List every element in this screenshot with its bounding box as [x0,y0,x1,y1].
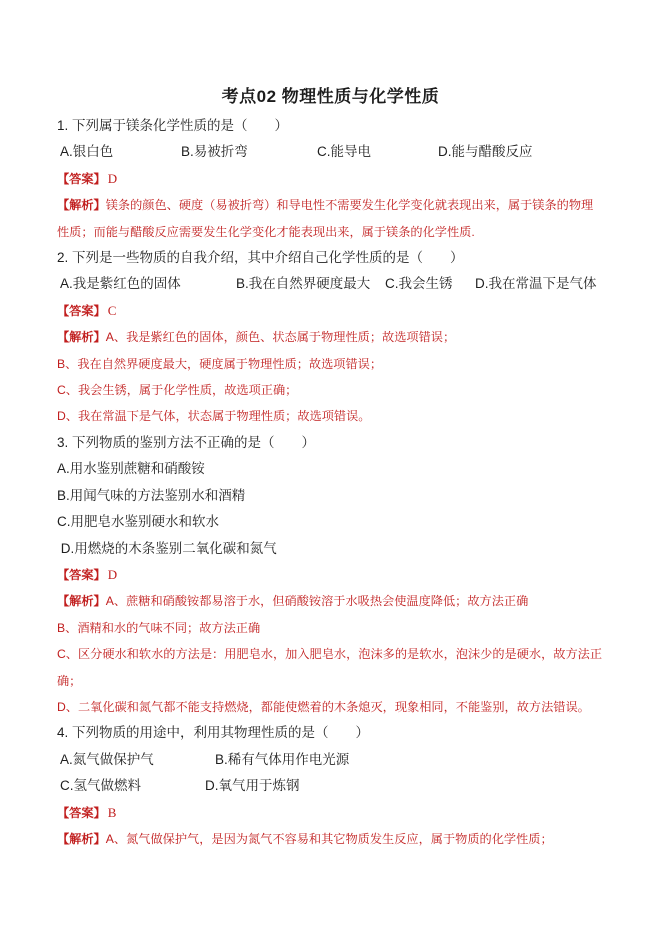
question-4-options-row-2: C.氢气做燃料 D.氧气用于炼钢 [57,773,604,799]
analysis-text: A、蔗糖和硝酸铵都易溶于水，但硝酸铵溶于水吸热会使温度降低；故方法正确 [106,594,529,608]
answer-letter: D [108,171,117,186]
answer-label: 【答案】 [57,806,106,820]
question-4-option-c: C.氢气做燃料 [60,773,205,799]
question-3-option-a: A.用水鉴别蔗糖和硝酸铵 [57,456,604,482]
question-2: 2. 下列是一些物质的自我介绍，其中介绍自己化学性质的是（ ） A.我是紫红色的… [57,245,604,430]
question-3-analysis-a: 【解析】A、蔗糖和硝酸铵都易溶于水，但硝酸铵溶于水吸热会使温度降低；故方法正确 [57,588,604,614]
question-2-analysis-a: 【解析】A、我是紫红色的固体，颜色、状态属于物理性质；故选项错误； [57,324,604,350]
question-3-analysis-b: B、酒精和水的气味不同；故方法正确 [57,615,604,641]
question-4: 4. 下列物质的用途中，利用其物理性质的是（ ） A.氮气做保护气 B.稀有气体… [57,720,604,852]
analysis-label: 【解析】 [57,832,106,846]
analysis-text: A、我是紫红色的固体，颜色、状态属于物理性质；故选项错误； [106,330,455,344]
question-4-stem: 4. 下列物质的用途中，利用其物理性质的是（ ） [57,720,604,746]
question-2-option-a: A.我是紫红色的固体 [60,271,236,297]
question-3: 3. 下列物质的鉴别方法不正确的是（ ） A.用水鉴别蔗糖和硝酸铵 B.用闻气味… [57,430,604,720]
question-4-option-a: A.氮气做保护气 [60,747,215,773]
answer-label: 【答案】 [57,568,106,582]
question-2-analysis-b: B、我在自然界硬度最大，硬度属于物理性质；故选项错误； [57,351,604,377]
question-4-options-row-1: A.氮气做保护气 B.稀有气体用作电光源 [57,747,604,773]
answer-letter: D [108,567,117,582]
answer-label: 【答案】 [57,172,106,186]
question-2-option-b: B.我在自然界硬度最大 [236,271,385,297]
question-4-answer: 【答案】B [57,800,604,826]
question-4-option-b: B.稀有气体用作电光源 [215,747,349,773]
question-4-option-d: D.氧气用于炼钢 [205,773,300,799]
analysis-text: 镁条的颜色、硬度（易被折弯）和导电性不需要发生化学变化就表现出来，属于镁条的物理… [57,198,593,238]
answer-letter: C [108,303,117,318]
answer-letter: B [108,805,117,820]
question-1-answer: 【答案】D [57,166,604,192]
question-3-analysis-c: C、区分硬水和软水的方法是：用肥皂水，加入肥皂水，泡沫多的是软水，泡沫少的是硬水… [57,641,604,694]
question-2-option-d: D.我在常温下是气体 [475,271,597,297]
question-1-option-d: D.能与醋酸反应 [438,139,533,165]
question-4-analysis-a: 【解析】A、氮气做保护气，是因为氮气不容易和其它物质发生反应，属于物质的化学性质… [57,826,604,852]
question-1: 1. 下列属于镁条化学性质的是（ ） A.银白色 B.易被折弯 C.能导电 D.… [57,113,604,245]
question-3-option-d: D.用燃烧的木条鉴别二氧化碳和氮气 [57,536,604,562]
answer-label: 【答案】 [57,304,106,318]
question-3-option-c: C.用肥皂水鉴别硬水和软水 [57,509,604,535]
question-2-analysis-d: D、我在常温下是气体，状态属于物理性质；故选项错误。 [57,403,604,429]
page-title: 考点02 物理性质与化学性质 [57,84,604,109]
question-2-answer: 【答案】C [57,298,604,324]
question-2-options: A.我是紫红色的固体 B.我在自然界硬度最大 C.我会生锈 D.我在常温下是气体 [57,271,604,297]
question-3-answer: 【答案】D [57,562,604,588]
question-3-option-b: B.用闻气味的方法鉴别水和酒精 [57,483,604,509]
question-3-stem: 3. 下列物质的鉴别方法不正确的是（ ） [57,430,604,456]
question-1-option-a: A.银白色 [60,139,181,165]
question-1-options: A.银白色 B.易被折弯 C.能导电 D.能与醋酸反应 [57,139,604,165]
analysis-label: 【解析】 [57,198,106,212]
question-3-analysis-d: D、二氧化碳和氮气都不能支持燃烧，都能使燃着的木条熄灭，现象相同，不能鉴别，故方… [57,694,604,720]
question-1-option-b: B.易被折弯 [181,139,317,165]
document-page: 考点02 物理性质与化学性质 1. 下列属于镁条化学性质的是（ ） A.银白色 … [0,0,661,935]
question-1-stem: 1. 下列属于镁条化学性质的是（ ） [57,113,604,139]
analysis-label: 【解析】 [57,594,106,608]
question-2-option-c: C.我会生锈 [385,271,475,297]
analysis-label: 【解析】 [57,330,106,344]
question-1-option-c: C.能导电 [317,139,438,165]
question-2-stem: 2. 下列是一些物质的自我介绍，其中介绍自己化学性质的是（ ） [57,245,604,271]
question-1-analysis: 【解析】镁条的颜色、硬度（易被折弯）和导电性不需要发生化学变化就表现出来，属于镁… [57,192,604,245]
question-2-analysis-c: C、我会生锈，属于化学性质，故选项正确； [57,377,604,403]
analysis-text: A、氮气做保护气，是因为氮气不容易和其它物质发生反应，属于物质的化学性质； [106,832,553,846]
